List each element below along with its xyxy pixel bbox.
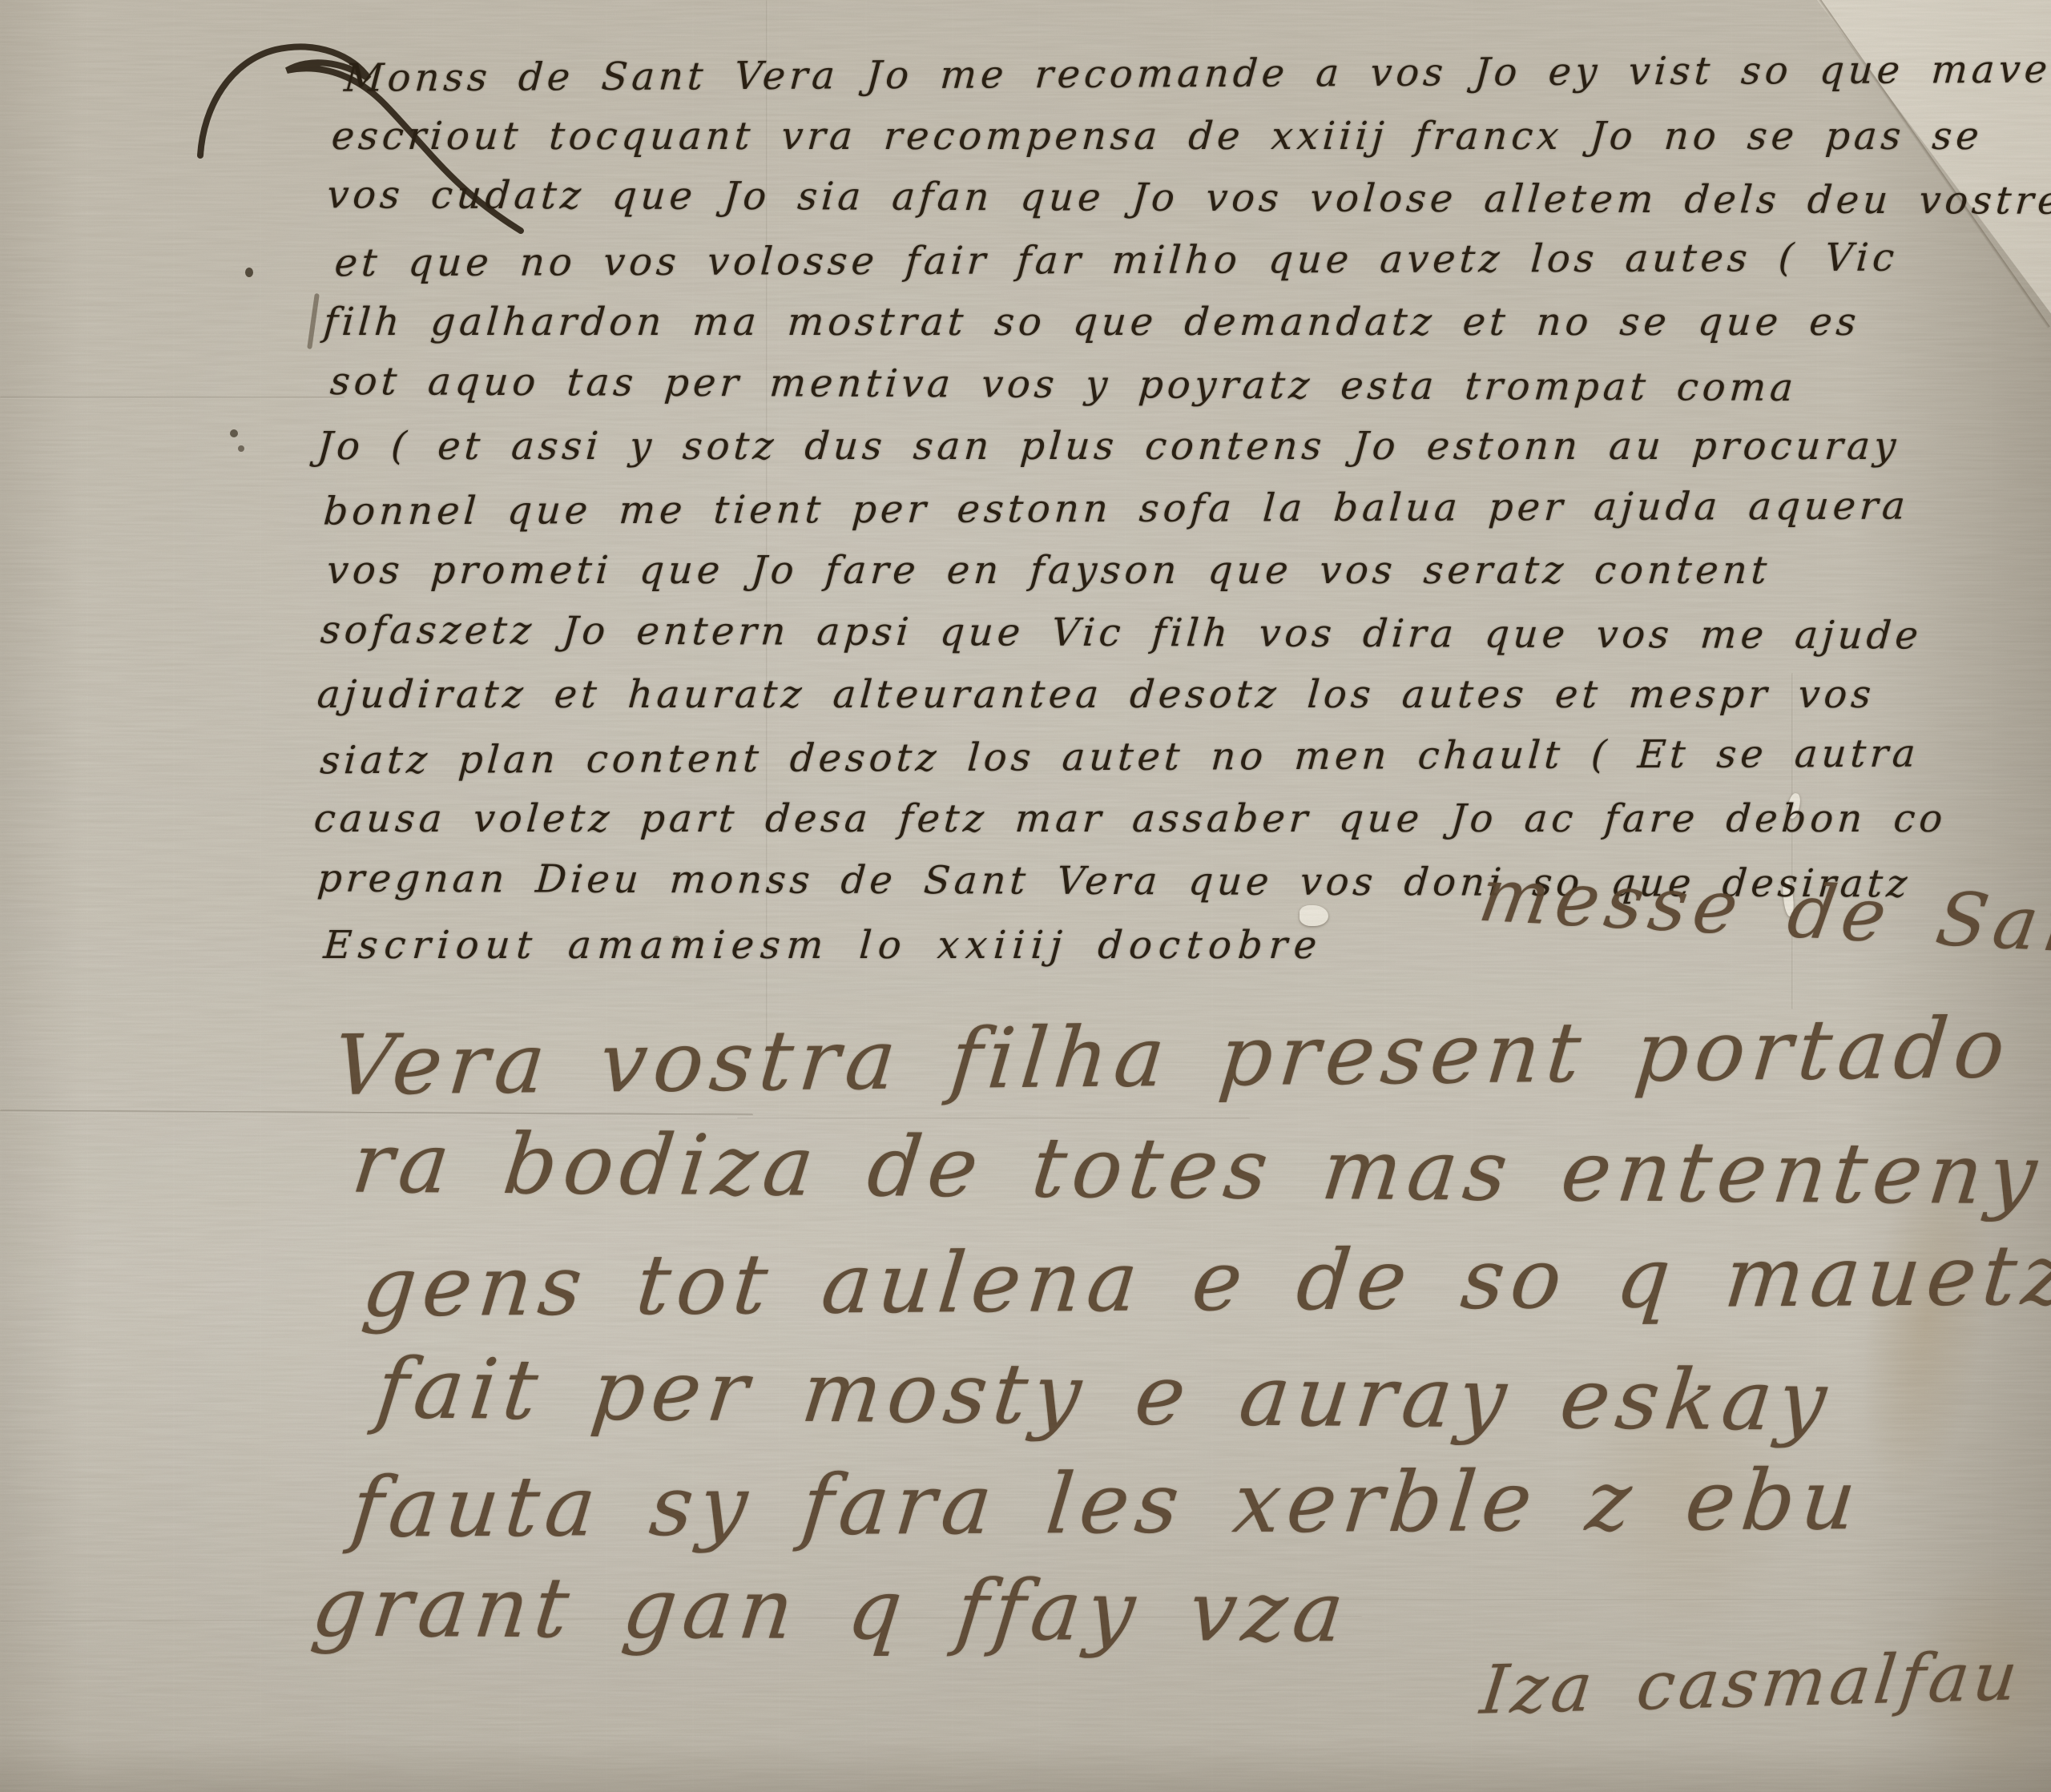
manuscript-photo: Monss de Sant Vera Jo me recomande a vos… — [0, 0, 2051, 1792]
manuscript-line: Jo ( et assi y sotz dus san plus contens… — [316, 424, 1901, 469]
manuscript-line: ajudiratz et hauratz alteurantea desotz … — [316, 672, 1876, 717]
manuscript-line: escriout tocquant vra recompensa de xxii… — [330, 114, 1985, 159]
manuscript-line-large: gens tot aulena e de so q mauetz — [358, 1226, 2051, 1336]
manuscript-line: vos prometi que Jo fare en fayson que vo… — [325, 548, 1772, 593]
manuscript-line-large: Vera vostra filha present portado — [329, 999, 2015, 1114]
manuscript-line: siatz plan content desotz los autet no m… — [319, 731, 1920, 783]
manuscript-line: filh galhardon ma mostrat so que demanda… — [322, 300, 1861, 344]
manuscript-line-large: ra bodiza de totes mas ententeny — [348, 1114, 2048, 1224]
manuscript-dateline: Escriout amamiesm lo xxiiij doctobre — [322, 923, 1324, 968]
manuscript-line-large: grant gan q ffay vza — [308, 1558, 1355, 1661]
manuscript-line: bonnel que me tient per estonn sofa la b… — [322, 484, 1911, 534]
manuscript-line-large: fauta sy fara les xerble z ebu — [347, 1451, 1867, 1556]
manuscript-line: sot aquo tas per mentiva vos y poyratz e… — [328, 359, 1799, 410]
manuscript-line: vos cudatz que Jo sia afan que Jo vos vo… — [325, 172, 2051, 223]
manuscript-line: sofaszetz Jo entern apsi que Vic filh vo… — [319, 608, 1924, 658]
signature: Iza casmalfau — [1477, 1637, 2025, 1730]
manuscript-line-large: fait per mosty e auray eskay — [372, 1339, 1838, 1450]
manuscript-line: Monss de Sant Vera Jo me recomande a vos… — [343, 46, 2051, 100]
manuscript-line: et que no vos volosse fair far milho que… — [333, 236, 1900, 286]
manuscript-line: causa voletz part desa fetz mar assaber … — [312, 796, 1948, 841]
